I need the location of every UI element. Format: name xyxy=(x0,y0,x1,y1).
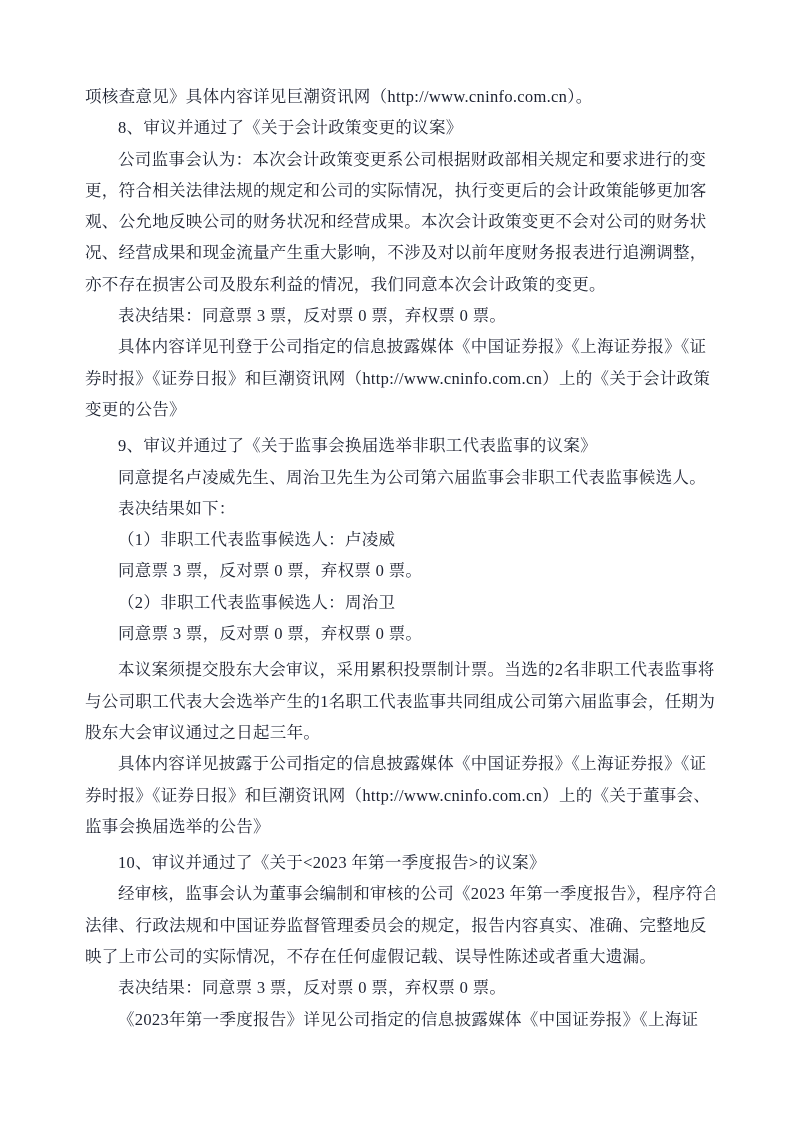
document-text-line: 8、审议并通过了《关于会计政策变更的议案》 xyxy=(85,112,715,143)
document-text-line: 法律、行政法规和中国证券监督管理委员会的规定，报告内容真实、准确、完整地反 xyxy=(85,910,715,941)
document-text-line: 券时报》《证券日报》和巨潮资讯网（http://www.cninfo.com.c… xyxy=(85,780,715,811)
document-text-line: （2）非职工代表监事候选人：周治卫 xyxy=(85,587,715,618)
document-text-line: 同意票 3 票，反对票 0 票，弃权票 0 票。 xyxy=(85,555,715,586)
document-text-line: 表决结果如下： xyxy=(85,493,715,524)
document-text-line: 同意票 3 票，反对票 0 票，弃权票 0 票。 xyxy=(85,618,715,649)
document-text-line: 具体内容详见刊登于公司指定的信息披露媒体《中国证券报》《上海证券报》《证 xyxy=(85,331,715,362)
document-text-line: 10、审议并通过了《关于<2023 年第一季度报告>的议案》 xyxy=(85,847,715,878)
document-text-line: 与公司职工代表大会选举产生的1名职工代表监事共同组成公司第六届监事会，任期为 xyxy=(85,686,715,717)
document-text-line: 股东大会审议通过之日起三年。 xyxy=(85,717,715,748)
document-body: 项核查意见》具体内容详见巨潮资讯网（http://www.cninfo.com.… xyxy=(85,81,715,1035)
document-text-line: 项核查意见》具体内容详见巨潮资讯网（http://www.cninfo.com.… xyxy=(85,81,715,112)
document-text-line: 更，符合相关法律法规的规定和公司的实际情况，执行变更后的会计政策能够更加客 xyxy=(85,175,715,206)
document-text-line: 况、经营成果和现金流量产生重大影响，不涉及对以前年度财务报表进行追溯调整， xyxy=(85,237,715,268)
document-text-line: 变更的公告》 xyxy=(85,394,715,425)
document-text-line: （1）非职工代表监事候选人：卢凌威 xyxy=(85,524,715,555)
document-text-line: 9、审议并通过了《关于监事会换届选举非职工代表监事的议案》 xyxy=(85,430,715,461)
document-page: 项核查意见》具体内容详见巨潮资讯网（http://www.cninfo.com.… xyxy=(0,0,793,1122)
document-text-line: 亦不存在损害公司及股东利益的情况，我们同意本次会计政策的变更。 xyxy=(85,269,715,300)
document-text-line: 经审核，监事会认为董事会编制和审核的公司《2023 年第一季度报告》，程序符合 xyxy=(85,878,715,909)
document-text-line: 本议案须提交股东大会审议，采用累积投票制计票。当选的2名非职工代表监事将 xyxy=(85,654,715,685)
document-text-line: 映了上市公司的实际情况，不存在任何虚假记载、误导性陈述或者重大遗漏。 xyxy=(85,941,715,972)
document-text-line: 表决结果：同意票 3 票，反对票 0 票，弃权票 0 票。 xyxy=(85,300,715,331)
document-text-line: 同意提名卢凌威先生、周治卫先生为公司第六届监事会非职工代表监事候选人。 xyxy=(85,462,715,493)
document-text-line: 《2023年第一季度报告》详见公司指定的信息披露媒体《中国证券报》《上海证 xyxy=(85,1004,715,1035)
document-text-line: 具体内容详见披露于公司指定的信息披露媒体《中国证券报》《上海证券报》《证 xyxy=(85,748,715,779)
document-text-line: 观、公允地反映公司的财务状况和经营成果。本次会计政策变更不会对公司的财务状 xyxy=(85,206,715,237)
document-text-line: 监事会换届选举的公告》 xyxy=(85,811,715,842)
document-text-line: 券时报》《证券日报》和巨潮资讯网（http://www.cninfo.com.c… xyxy=(85,363,715,394)
document-text-line: 公司监事会认为：本次会计政策变更系公司根据财政部相关规定和要求进行的变 xyxy=(85,144,715,175)
document-text-line: 表决结果：同意票 3 票，反对票 0 票，弃权票 0 票。 xyxy=(85,972,715,1003)
